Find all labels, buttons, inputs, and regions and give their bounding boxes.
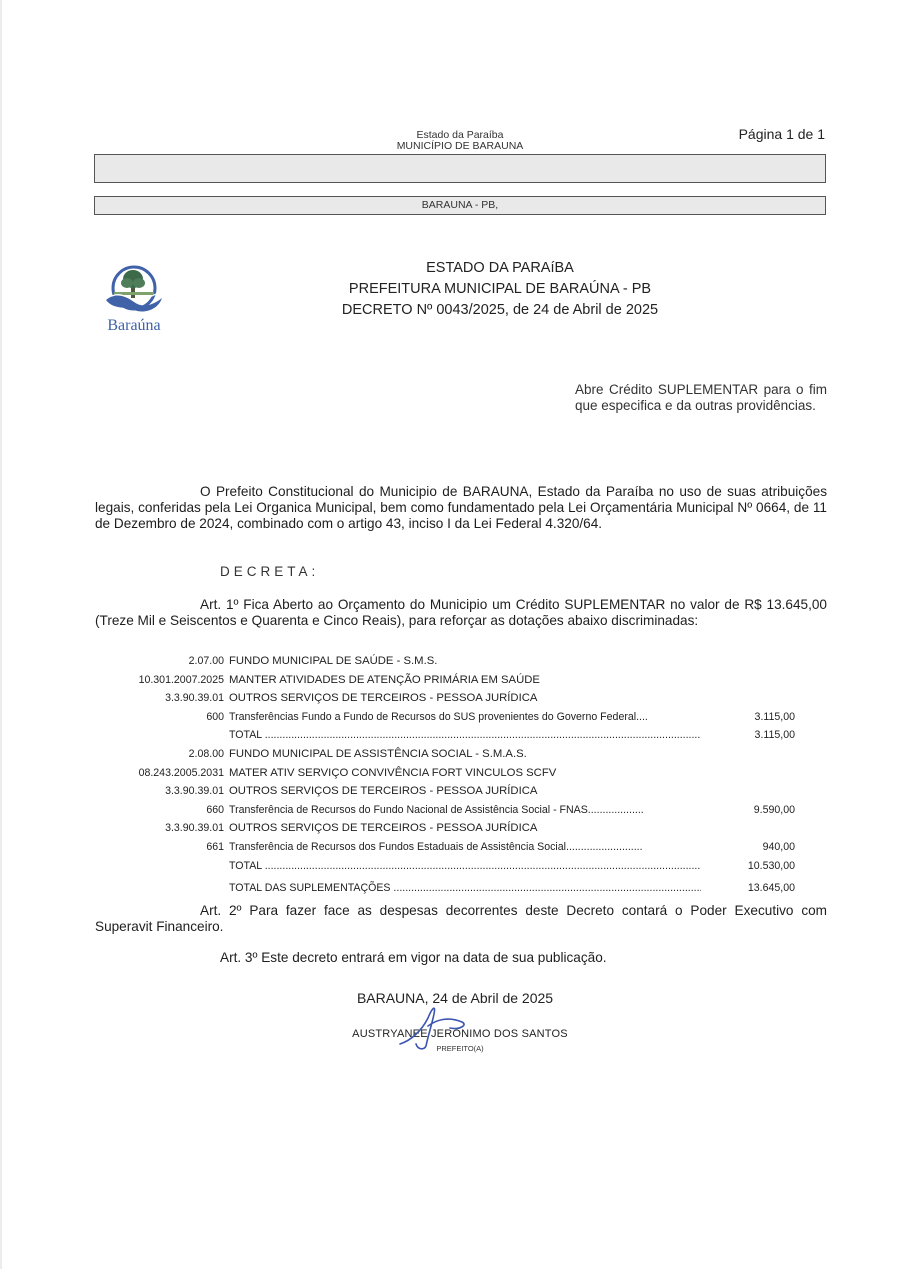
dotation-value: 940,00 [695, 838, 795, 857]
dotation-row-total: TOTAL ..................................… [95, 726, 805, 745]
title-prefeitura: PREFEITURA MUNICIPAL DE BARAÚNA - PB [320, 279, 680, 300]
dotation-description: OUTROS SERVIÇOS DE TERCEIROS - PESSOA JU… [229, 782, 799, 801]
dotation-row-unit: 2.08.00FUNDO MUNICIPAL DE ASSISTÊNCIA SO… [95, 745, 805, 764]
dotation-code: 3.3.90.39.01 [95, 782, 224, 801]
article-1-text: Art. 1º Fica Aberto ao Orçamento do Muni… [95, 597, 827, 628]
dotation-code: 3.3.90.39.01 [95, 689, 224, 708]
decreta-label: DECRETA: [220, 564, 319, 579]
dotation-value: 9.590,00 [695, 801, 795, 820]
dotation-row-action: 08.243.2005.2031MATER ATIV SERVIÇO CONVI… [95, 764, 805, 783]
dotation-code: 10.301.2007.2025 [95, 671, 224, 690]
dotation-code: 08.243.2005.2031 [95, 764, 224, 783]
dotation-description: OUTROS SERVIÇOS DE TERCEIROS - PESSOA JU… [229, 689, 799, 708]
dotation-row-action: 10.301.2007.2025MANTER ATIVIDADES DE ATE… [95, 671, 805, 690]
intro-paragraph: O Prefeito Constitucional do Municipio d… [95, 484, 827, 532]
dotation-row-element: 3.3.90.39.01OUTROS SERVIÇOS DE TERCEIROS… [95, 819, 805, 838]
municipal-logo: Baraúna [100, 262, 168, 338]
dotation-value: 3.115,00 [695, 726, 795, 745]
dotation-row-source: 661Transferência de Recursos dos Fundos … [95, 838, 805, 857]
dotation-value: 10.530,00 [695, 857, 795, 876]
header-state-block: Estado da Paraíba MUNICÍPIO DE BARAUNA [300, 130, 620, 152]
intro-text: O Prefeito Constitucional do Municipio d… [95, 484, 827, 531]
dotation-code: 3.3.90.39.01 [95, 819, 224, 838]
dotation-row-total: TOTAL ..................................… [95, 857, 805, 876]
decree-title-block: ESTADO DA PARAíBA PREFEITURA MUNICIPAL D… [320, 258, 680, 321]
dotation-code: 2.07.00 [95, 652, 224, 671]
dotation-description: TOTAL ..................................… [229, 857, 701, 876]
title-state: ESTADO DA PARAíBA [320, 258, 680, 279]
article-2: Art. 2º Para fazer face as despesas deco… [95, 903, 827, 935]
scan-edge [0, 0, 2, 1269]
dotation-description: TOTAL DAS SUPLEMENTAÇÕES ...............… [229, 879, 701, 898]
dotation-code: 660 [95, 801, 224, 820]
dotation-row-grand-total: TOTAL DAS SUPLEMENTAÇÕES ...............… [95, 879, 805, 898]
ementa: Abre Crédito SUPLEMENTAR para o fim que … [575, 382, 827, 414]
dotation-code: 2.08.00 [95, 745, 224, 764]
dotation-row-element: 3.3.90.39.01OUTROS SERVIÇOS DE TERCEIROS… [95, 782, 805, 801]
dotation-row-source: 660Transferência de Recursos do Fundo Na… [95, 801, 805, 820]
dotation-row-element: 3.3.90.39.01OUTROS SERVIÇOS DE TERCEIROS… [95, 689, 805, 708]
location-bar: BARAUNA - PB, [94, 196, 826, 215]
header-municipality-line: MUNICÍPIO DE BARAUNA [300, 141, 620, 152]
title-decree-number: DECRETO Nº 0043/2025, de 24 de Abril de … [320, 300, 680, 321]
dotation-description: MANTER ATIVIDADES DE ATENÇÃO PRIMÁRIA EM… [229, 671, 799, 690]
dotation-description: FUNDO MUNICIPAL DE ASSISTÊNCIA SOCIAL - … [229, 745, 799, 764]
dotation-value: 3.115,00 [695, 708, 795, 727]
handwritten-signature-icon [392, 1000, 502, 1052]
article-2-text: Art. 2º Para fazer face as despesas deco… [95, 903, 827, 934]
header-blank-box [94, 154, 826, 183]
dotation-description: MATER ATIV SERVIÇO CONVIVÊNCIA FORT VINC… [229, 764, 799, 783]
municipal-crest-icon [100, 262, 168, 318]
dotation-row-source: 600Transferências Fundo a Fundo de Recur… [95, 708, 805, 727]
logo-text: Baraúna [100, 317, 168, 335]
dotation-row-unit: 2.07.00FUNDO MUNICIPAL DE SAÚDE - S.M.S. [95, 652, 805, 671]
dotation-code: 661 [95, 838, 224, 857]
dotations-table: 2.07.00FUNDO MUNICIPAL DE SAÚDE - S.M.S.… [95, 652, 805, 898]
dotation-code: 600 [95, 708, 224, 727]
article-3: Art. 3º Este decreto entrará em vigor na… [220, 950, 607, 965]
article-1: Art. 1º Fica Aberto ao Orçamento do Muni… [95, 597, 827, 629]
page-indicator: Página 1 de 1 [700, 126, 825, 142]
dotation-description: OUTROS SERVIÇOS DE TERCEIROS - PESSOA JU… [229, 819, 799, 838]
dotation-description: TOTAL ..................................… [229, 726, 701, 745]
dotation-value: 13.645,00 [695, 879, 795, 898]
dotation-description: FUNDO MUNICIPAL DE SAÚDE - S.M.S. [229, 652, 799, 671]
